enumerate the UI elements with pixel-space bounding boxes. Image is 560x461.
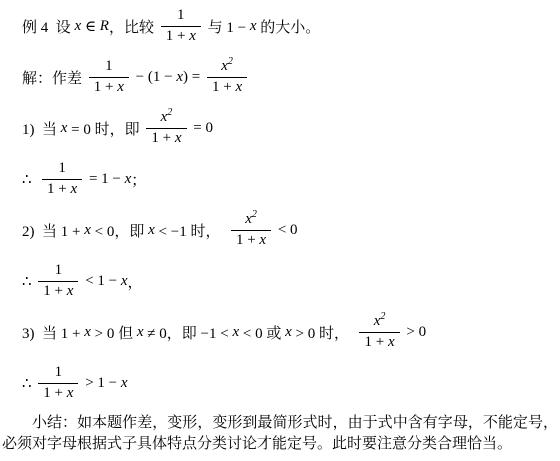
case2-condition: 2) 当 1 + x < 0，即 x < −1 时， x21 + x < 0 xyxy=(0,209,560,251)
text-run: < 1 − xyxy=(81,273,120,290)
fraction-denominator: 1 + x xyxy=(38,383,78,402)
text-run: > 1 − xyxy=(81,375,120,392)
math-variable: x xyxy=(125,171,132,188)
fraction-denominator: 1 + x xyxy=(207,77,247,96)
superscript-exponent: 2 xyxy=(380,311,385,322)
math-variable: x xyxy=(121,375,128,392)
text-run: < 0 xyxy=(274,222,297,239)
text-run: 1 + xyxy=(43,385,66,401)
text-run: > 0 xyxy=(403,324,426,341)
fraction: 11 + x xyxy=(161,7,201,45)
fraction-denominator: 1 + x xyxy=(42,179,82,198)
text-run: ) = xyxy=(183,69,204,86)
fraction-numerator: x2 xyxy=(240,211,262,229)
text-run: = 0 xyxy=(190,120,213,137)
fraction-denominator: 1 + x xyxy=(359,332,399,351)
fraction-numerator: x2 xyxy=(369,313,391,331)
text-run: ，比较 xyxy=(109,16,158,37)
math-variable: x xyxy=(61,120,68,137)
fraction-numerator: x2 xyxy=(156,109,178,127)
case2-conclusion: ∴ 11 + x < 1 − x， xyxy=(0,260,560,302)
math-variable: x xyxy=(67,283,74,299)
text-run: > 0 但 xyxy=(91,322,137,343)
text-run: 例 4 设 xyxy=(22,16,75,37)
fraction-denominator: 1 + x xyxy=(161,26,201,45)
text-run: 1 xyxy=(105,58,113,74)
fraction: x21 + x xyxy=(231,211,271,249)
math-variable: x xyxy=(232,324,239,341)
text-run: ∈ xyxy=(81,17,100,36)
fraction-numerator: 1 xyxy=(53,160,71,178)
fraction-denominator: 1 + x xyxy=(146,128,186,147)
math-variable: x xyxy=(121,273,128,290)
text-run: 1 xyxy=(55,262,63,278)
text-run: 1 + xyxy=(166,28,189,44)
text-run: 1 + xyxy=(364,334,387,350)
math-document: 例 4 设 x ∈ R，比较 11 + x 与 1 − x 的大小。解：作差 1… xyxy=(0,0,560,454)
math-variable: x xyxy=(175,130,182,146)
math-variable: x xyxy=(250,18,257,35)
text-run: ， xyxy=(128,271,143,292)
text-run: ∴ xyxy=(22,374,35,393)
fraction-denominator: 1 + x xyxy=(231,230,271,249)
math-variable: x xyxy=(84,222,91,239)
math-variable: x xyxy=(148,222,155,239)
text-run: ≠ 0，即 −1 < xyxy=(144,322,233,343)
fraction-numerator: 1 xyxy=(172,7,190,25)
math-variable: R xyxy=(100,18,109,35)
math-variable: x xyxy=(189,28,196,44)
math-variable: x2 xyxy=(374,313,386,329)
fraction-denominator: 1 + x xyxy=(89,77,129,96)
text-run: 2) 当 1 + xyxy=(22,220,84,241)
text-run: 的大小。 xyxy=(257,16,321,37)
math-variable: x xyxy=(176,69,183,86)
text-run: < 0 或 xyxy=(239,322,285,343)
math-variable: x xyxy=(235,79,242,95)
fraction: x21 + x xyxy=(207,58,247,96)
math-variable: x xyxy=(117,79,124,95)
text-run: 1) 当 xyxy=(22,118,61,139)
text-run: < 0，即 xyxy=(91,220,148,241)
fraction-numerator: 1 xyxy=(50,262,68,280)
text-run: 与 1 − xyxy=(204,16,250,37)
math-variable: x xyxy=(84,324,91,341)
text-run: 1 xyxy=(58,160,66,176)
text-run: < −1 时， xyxy=(155,220,228,241)
text-run: 1 + xyxy=(236,232,259,248)
text-run: 1 xyxy=(55,364,63,380)
text-run: = 0 时，即 xyxy=(67,118,143,139)
text-run: 解：作差 xyxy=(22,67,86,88)
summary-paragraph: 小结：如本题作差，变形，变形到最简形式时，由于式中含有字母，不能定号，必须对字母… xyxy=(2,413,558,454)
text-run: 1 + xyxy=(43,283,66,299)
problem-statement: 例 4 设 x ∈ R，比较 11 + x 与 1 − x 的大小。 xyxy=(0,5,560,47)
math-variable: x xyxy=(71,181,78,197)
text-run: 3) 当 1 + xyxy=(22,322,84,343)
math-variable: x xyxy=(137,324,144,341)
math-variable: x2 xyxy=(161,109,173,125)
case3-condition: 3) 当 1 + x > 0 但 x ≠ 0，即 −1 < x < 0 或 x … xyxy=(0,311,560,353)
text-run: 1 + xyxy=(212,79,235,95)
text-run: = 1 − xyxy=(85,171,124,188)
solution-lines: 例 4 设 x ∈ R，比较 11 + x 与 1 − x 的大小。解：作差 1… xyxy=(0,5,560,404)
math-variable: x xyxy=(388,334,395,350)
superscript-exponent: 2 xyxy=(228,56,233,67)
case1-condition: 1) 当 x = 0 时，即 x21 + x = 0 xyxy=(0,107,560,149)
superscript-exponent: 2 xyxy=(252,209,257,220)
text-run: 1 + xyxy=(94,79,117,95)
text-run: > 0 时， xyxy=(292,322,357,343)
fraction-numerator: 1 xyxy=(50,364,68,382)
fraction: x21 + x xyxy=(359,313,399,351)
superscript-exponent: 2 xyxy=(167,107,172,118)
text-run: ； xyxy=(131,169,146,190)
case3-conclusion: ∴ 11 + x > 1 − x xyxy=(0,362,560,404)
math-variable: x2 xyxy=(245,211,257,227)
math-variable: x xyxy=(75,18,82,35)
text-run: ∴ xyxy=(22,272,35,291)
math-variable: x2 xyxy=(221,58,233,74)
text-run: − (1 − xyxy=(132,69,176,86)
fraction: 11 + x xyxy=(42,160,82,198)
fraction-numerator: x2 xyxy=(216,58,238,76)
fraction-denominator: 1 + x xyxy=(38,281,78,300)
fraction-numerator: 1 xyxy=(100,58,118,76)
fraction: 11 + x xyxy=(38,364,78,402)
text-run: 1 xyxy=(177,7,185,23)
math-variable: x xyxy=(67,385,74,401)
fraction: x21 + x xyxy=(146,109,186,147)
text-run: 1 + xyxy=(47,181,70,197)
math-variable: x xyxy=(285,324,292,341)
fraction: 11 + x xyxy=(38,262,78,300)
case1-conclusion: ∴ 11 + x = 1 − x； xyxy=(0,158,560,200)
text-run: ∴ xyxy=(22,170,39,189)
math-variable: x xyxy=(259,232,266,248)
text-run: 1 + xyxy=(151,130,174,146)
fraction: 11 + x xyxy=(89,58,129,96)
solution-difference: 解：作差 11 + x − (1 − x) = x21 + x xyxy=(0,56,560,98)
